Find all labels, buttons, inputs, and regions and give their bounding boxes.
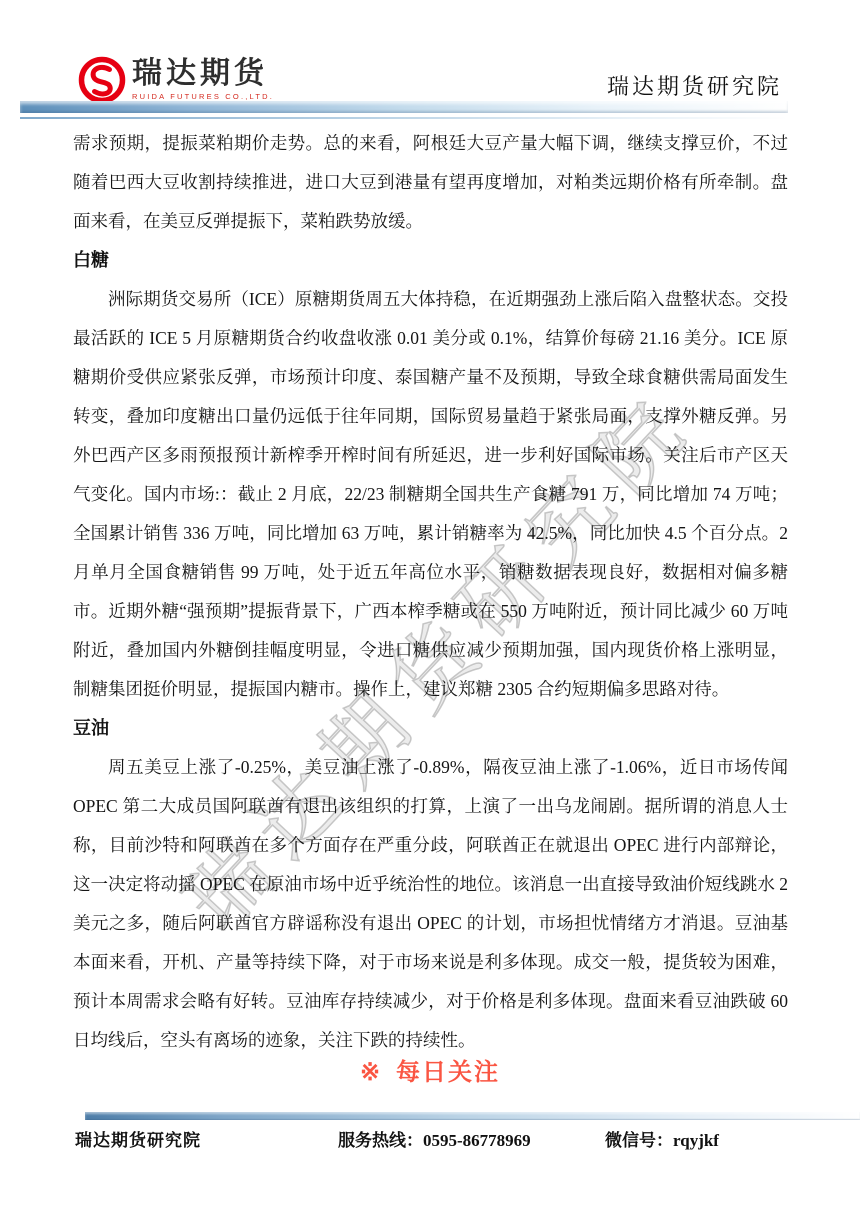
footer: 瑞达期货研究院 服务热线：0595-86778969 微信号：rqyjkf: [0, 1126, 860, 1150]
header-institute-title: 瑞达期货研究院: [607, 70, 782, 101]
header-divider-line: [20, 117, 788, 119]
footer-institute: 瑞达期货研究院: [75, 1126, 201, 1151]
paragraph-rapeseed-meal: 需求预期，提振菜粕期价走势。总的来看，阿根廷大豆产量大幅下调，继续支撑豆价，不过…: [73, 124, 788, 241]
section-heading-sugar: 白糖: [73, 241, 788, 280]
report-body: 需求预期，提振菜粕期价走势。总的来看，阿根廷大豆产量大幅下调，继续支撑豆价，不过…: [73, 124, 788, 1060]
header-gradient-bar: [20, 101, 788, 113]
ruida-logo-icon: [78, 56, 126, 104]
section-heading-soybean-oil: 豆油: [73, 709, 788, 748]
logo-text: 瑞达期货 RUIDA FUTURES CO.,LTD.: [132, 58, 274, 102]
brand-name-cn: 瑞达期货: [132, 58, 274, 90]
daily-focus-title: ※每日关注: [0, 1052, 860, 1087]
reference-mark-icon: ※: [360, 1060, 382, 1086]
company-logo: 瑞达期货 RUIDA FUTURES CO.,LTD.: [78, 56, 274, 104]
footer-wechat: 微信号：rqyjkf: [605, 1126, 719, 1151]
daily-focus-label: 每日关注: [396, 1060, 500, 1086]
report-page: 瑞达期货 RUIDA FUTURES CO.,LTD. 瑞达期货研究院 瑞达期货…: [0, 0, 860, 1217]
paragraph-soybean-oil: 周五美豆上涨了-0.25%，美豆油上涨了-0.89%，隔夜豆油上涨了-1.06%…: [73, 748, 788, 1060]
footer-hotline: 服务热线：0595-86778969: [338, 1126, 531, 1151]
paragraph-sugar: 洲际期货交易所（ICE）原糖期货周五大体持稳，在近期强劲上涨后陷入盘整状态。交投…: [73, 280, 788, 709]
footer-gradient-bar: [85, 1112, 860, 1120]
